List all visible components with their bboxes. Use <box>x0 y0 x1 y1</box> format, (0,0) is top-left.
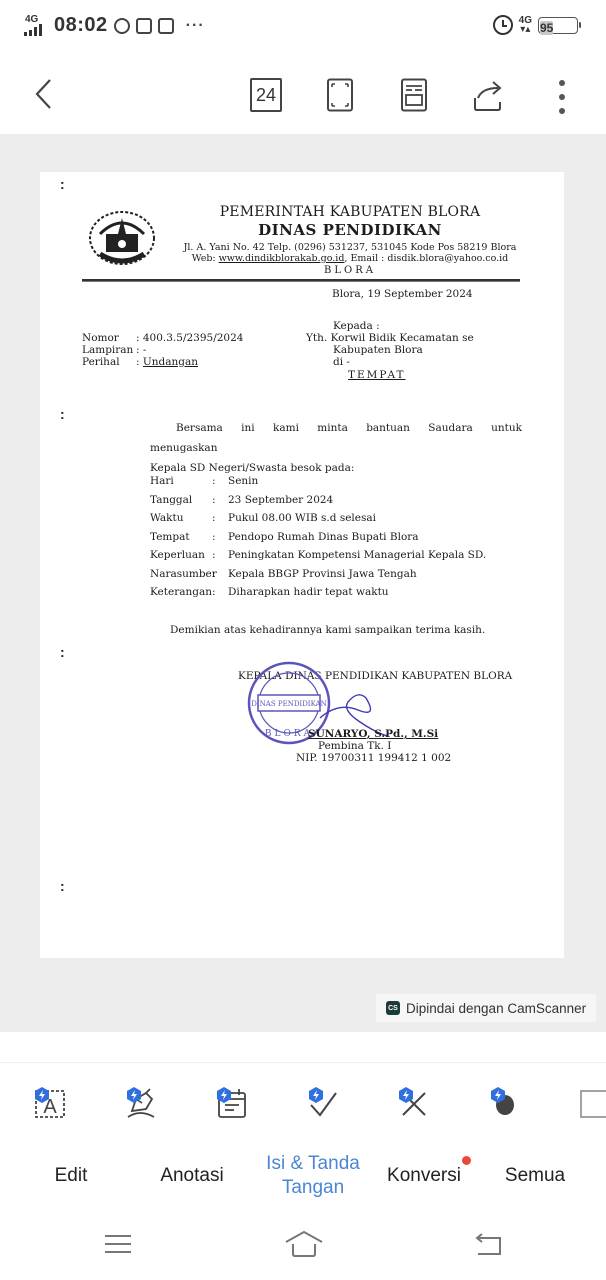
agency-name: DINAS PENDIDIKAN <box>170 221 530 239</box>
more-icon <box>559 80 565 86</box>
more-notifications-icon: ··· <box>186 17 205 35</box>
letter-body: Bersama ini kami minta bantuan Saudara u… <box>150 418 522 478</box>
detail-key: Narasumber <box>150 568 212 580</box>
app-bar: 24 <box>0 56 606 134</box>
government-name: PEMERINTAH KABUPATEN BLORA <box>170 204 530 220</box>
fill-sign-toolbar: A <box>0 1062 606 1138</box>
back-nav-button[interactable] <box>472 1230 504 1258</box>
detail-key: Tanggal <box>150 494 212 506</box>
mobile-data-icon: 4G▾▴ <box>519 16 532 34</box>
date-tool[interactable] <box>216 1083 256 1123</box>
detail-row: Tanggal:23 September 2024 <box>150 491 486 510</box>
blora-emblem-logo <box>86 204 158 270</box>
svg-text:BLORA: BLORA <box>265 729 313 739</box>
detail-row: Hari:Senin <box>150 472 486 491</box>
status-bar: 4G 08:02 ··· 4G▾▴ 95 <box>0 0 606 56</box>
signature-tool[interactable] <box>126 1083 166 1123</box>
instagram-icon <box>136 18 152 34</box>
website-link[interactable]: www.dindikblorakab.go.id <box>219 253 345 264</box>
back-button[interactable] <box>32 76 58 112</box>
signatory-rank: Pembina Tk. I <box>318 740 391 752</box>
meta-nomor: Nomor: 400.3.5/2395/2024 <box>82 332 243 344</box>
meta-lampiran: Lampiran: - <box>82 344 243 356</box>
detail-value: Kepala BBGP Provinsi Jawa Tengah <box>228 568 417 580</box>
agency-contact: Web: www.dindikblorakab.go.id, Email : d… <box>170 253 530 264</box>
detail-row: Waktu:Pukul 08.00 WIB s.d selesai <box>150 509 486 528</box>
cross-tool[interactable] <box>398 1083 438 1123</box>
reading-mode-button[interactable] <box>400 78 432 112</box>
fullscreen-button[interactable] <box>326 78 358 112</box>
clock: 08:02 <box>54 14 108 37</box>
whatsapp-icon <box>114 18 130 34</box>
signatory-nip: NIP. 19700311 199412 1 002 <box>296 752 451 764</box>
detail-colon: : <box>212 568 228 580</box>
status-right: 4G▾▴ 95 <box>493 15 578 35</box>
detail-key: Keterangan <box>150 586 212 598</box>
share-button[interactable] <box>472 78 504 112</box>
status-left: 4G 08:02 ··· <box>24 14 205 37</box>
detail-value: 23 September 2024 <box>228 494 333 506</box>
margin-mark: : <box>60 878 65 894</box>
battery-icon: 95 <box>538 17 578 34</box>
detail-value: Pukul 08.00 WIB s.d selesai <box>228 512 376 524</box>
checkbox-tool[interactable] <box>578 1083 606 1123</box>
pro-badge-icon <box>308 1087 324 1103</box>
detail-key: Keperluan <box>150 549 212 561</box>
home-icon <box>284 1230 324 1258</box>
pro-badge-icon <box>34 1087 50 1103</box>
detail-value: Peningkatan Kompetensi Managerial Kepala… <box>228 549 486 561</box>
page-count-button[interactable]: 24 <box>250 78 282 112</box>
detail-colon: : <box>212 586 228 598</box>
pro-badge-icon <box>126 1087 142 1103</box>
notification-dot <box>462 1156 471 1165</box>
text-box-tool[interactable]: A <box>34 1083 74 1123</box>
tab-isi-tanda-tangan[interactable]: Isi & TandaTangan <box>254 1140 372 1212</box>
detail-colon: : <box>212 475 228 487</box>
event-details: Hari:SeninTanggal:23 September 2024Waktu… <box>150 472 486 602</box>
mail-icon <box>158 18 174 34</box>
tab-semua[interactable]: Semua <box>496 1140 574 1212</box>
reading-mode-icon <box>400 78 428 112</box>
detail-key: Waktu <box>150 512 212 524</box>
home-button[interactable] <box>284 1230 324 1258</box>
agency-city: BLORA <box>170 265 530 276</box>
system-nav-bar <box>0 1212 606 1280</box>
bottom-tab-bar: Edit Anotasi Isi & TandaTangan Konversi … <box>0 1140 606 1212</box>
letter-date: Blora, 19 September 2024 <box>332 288 473 300</box>
detail-row: Tempat:Pendopo Rumah Dinas Bupati Blora <box>150 528 486 547</box>
detail-row: Keperluan:Peningkatan Kompetensi Manager… <box>150 546 486 565</box>
letter-closing: Demikian atas kehadirannya kami sampaika… <box>170 624 485 636</box>
detail-value: Diharapkan hadir tepat waktu <box>228 586 389 598</box>
detail-colon: : <box>212 494 228 506</box>
svg-text:DINAS PENDIDIKAN: DINAS PENDIDIKAN <box>251 700 326 708</box>
letter-meta: Nomor: 400.3.5/2395/2024 Lampiran: - Per… <box>82 332 243 368</box>
detail-colon: : <box>212 512 228 524</box>
pro-badge-icon <box>216 1087 232 1103</box>
back-icon <box>32 76 58 112</box>
tab-konversi[interactable]: Konversi <box>380 1140 468 1212</box>
back-nav-icon <box>472 1230 504 1258</box>
margin-mark: : <box>60 644 65 660</box>
document-page[interactable]: : : : : PEMERINTAH KABUPATEN BLORA DINAS… <box>40 172 564 958</box>
dot-tool[interactable] <box>490 1083 530 1123</box>
letterhead-text: PEMERINTAH KABUPATEN BLORA DINAS PENDIDI… <box>170 204 530 276</box>
alarm-icon <box>493 15 513 35</box>
document-viewer[interactable]: : : : : PEMERINTAH KABUPATEN BLORA DINAS… <box>0 134 606 1032</box>
margin-mark: : <box>60 176 65 192</box>
margin-mark: : <box>60 406 65 422</box>
pro-badge-icon <box>490 1087 506 1103</box>
detail-row: Keterangan:Diharapkan hadir tepat waktu <box>150 583 486 602</box>
menu-icon <box>102 1230 134 1258</box>
share-icon <box>472 78 506 112</box>
detail-value: Pendopo Rumah Dinas Bupati Blora <box>228 531 419 543</box>
battery-level: 95 <box>540 21 553 35</box>
checkmark-tool[interactable] <box>308 1083 348 1123</box>
detail-colon: : <box>212 531 228 543</box>
agency-address: Jl. A. Yani No. 42 Telp. (0296) 531237, … <box>170 242 530 253</box>
detail-value: Senin <box>228 475 258 487</box>
detail-colon: : <box>212 549 228 561</box>
watermark-text: Dipindai dengan CamScanner <box>406 1001 586 1016</box>
network-type: 4G <box>25 15 38 24</box>
camscanner-logo-icon: CS <box>386 1001 400 1015</box>
signal-icon: 4G <box>24 15 48 37</box>
recipient-block: Kepada : Yth. Korwil Bidik Kecamatan se … <box>306 320 474 381</box>
pro-badge-icon <box>398 1087 414 1103</box>
recent-apps-button[interactable] <box>102 1230 134 1258</box>
tab-edit[interactable]: Edit <box>30 1140 112 1212</box>
more-options-button[interactable] <box>556 80 568 114</box>
detail-row: Narasumber:Kepala BBGP Provinsi Jawa Ten… <box>150 565 486 584</box>
signatory-name: SUNARYO, S.Pd., M.Si <box>308 728 438 740</box>
letterhead-divider <box>82 279 520 282</box>
meta-perihal: Perihal: Undangan <box>82 356 243 368</box>
detail-key: Hari <box>150 475 212 487</box>
checkbox-icon <box>578 1087 606 1121</box>
tab-anotasi[interactable]: Anotasi <box>150 1140 234 1212</box>
camscanner-watermark: CS Dipindai dengan CamScanner <box>376 994 596 1022</box>
detail-key: Tempat <box>150 531 212 543</box>
fullscreen-icon <box>326 78 354 112</box>
